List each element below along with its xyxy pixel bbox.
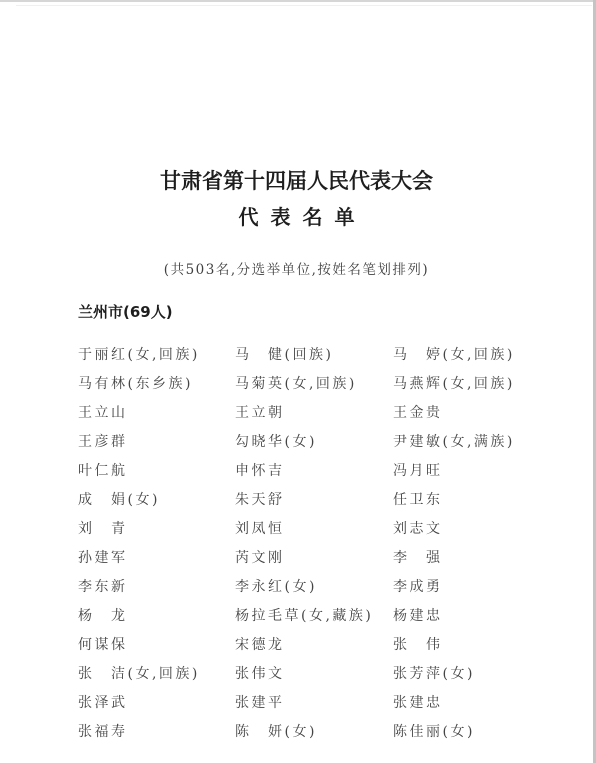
document-page: 甘肃省第十四届人民代表大会 代表名单 (共503名,分选举单位,按姓名笔划排列)…: [0, 0, 593, 763]
table-row: 于丽红(女,回族) 马 健(回族) 马 婷(女,回族): [78, 344, 558, 373]
page-title: 甘肃省第十四届人民代表大会: [0, 165, 593, 195]
delegate-name: 于丽红(女,回族): [78, 344, 200, 366]
delegate-name: 马 婷(女,回族): [393, 344, 515, 366]
delegate-name: 杨建忠: [393, 605, 443, 627]
delegate-name: 刘志文: [393, 518, 443, 540]
delegate-name: 李永红(女): [235, 576, 317, 598]
delegate-name: 王立山: [78, 402, 128, 424]
delegate-name: 张建平: [235, 692, 285, 714]
table-row: 孙建军 芮文刚 李 强: [78, 547, 558, 576]
delegate-name: 申怀吉: [235, 460, 285, 482]
delegate-name: 何谋保: [78, 634, 128, 656]
table-row: 王立山 王立朝 王金贵: [78, 402, 558, 431]
table-row: 刘 青 刘凤恒 刘志文: [78, 518, 558, 547]
delegate-name: 杨 龙: [78, 605, 128, 627]
delegate-name: 马 健(回族): [235, 344, 333, 366]
delegate-name: 王金贵: [393, 402, 443, 424]
delegate-name: 张 伟: [393, 634, 443, 656]
table-row: 张 洁(女,回族) 张伟文 张芳萍(女): [78, 663, 558, 692]
table-row: 成 娟(女) 朱天舒 任卫东: [78, 489, 558, 518]
delegate-name: 张建忠: [393, 692, 443, 714]
table-row: 张泽武 张建平 张建忠: [78, 692, 558, 721]
delegate-name: 张泽武: [78, 692, 128, 714]
table-row: 马有林(东乡族) 马菊英(女,回族) 马燕辉(女,回族): [78, 373, 558, 402]
delegate-name: 刘 青: [78, 518, 128, 540]
delegate-name: 马菊英(女,回族): [235, 373, 357, 395]
page-subtitle-heading: 代表名单: [0, 201, 593, 230]
delegate-name: 李 强: [393, 547, 443, 569]
delegate-name: 任卫东: [393, 489, 443, 511]
delegate-name: 李东新: [78, 576, 128, 598]
section-heading: 兰州市(69人): [78, 301, 173, 322]
delegate-name: 孙建军: [78, 547, 128, 569]
delegate-name: 尹建敏(女,满族): [393, 431, 515, 453]
delegate-name: 刘凤恒: [235, 518, 285, 540]
delegate-name: 成 娟(女): [78, 489, 160, 511]
table-row: 何谋保 宋德龙 张 伟: [78, 634, 558, 663]
delegate-name: 王彦群: [78, 431, 128, 453]
delegate-name: 芮文刚: [235, 547, 285, 569]
delegate-name: 陈 妍(女): [235, 721, 317, 743]
delegate-name: 冯月旺: [393, 460, 443, 482]
delegate-name: 张芳萍(女): [393, 663, 475, 685]
table-row: 杨 龙 杨拉毛草(女,藏族) 杨建忠: [78, 605, 558, 634]
table-row: 叶仁航 申怀吉 冯月旺: [78, 460, 558, 489]
delegate-name: 陈佳丽(女): [393, 721, 475, 743]
delegate-name-list: 于丽红(女,回族) 马 健(回族) 马 婷(女,回族) 马有林(东乡族) 马菊英…: [78, 344, 558, 750]
delegate-name: 张 洁(女,回族): [78, 663, 200, 685]
delegate-name: 张福寿: [78, 721, 128, 743]
delegate-name: 勾晓华(女): [235, 431, 317, 453]
delegate-name: 马有林(东乡族): [78, 373, 193, 395]
page-note: (共503名,分选举单位,按姓名笔划排列): [0, 258, 593, 278]
delegate-name: 马燕辉(女,回族): [393, 373, 515, 395]
table-row: 李东新 李永红(女) 李成勇: [78, 576, 558, 605]
table-row: 张福寿 陈 妍(女) 陈佳丽(女): [78, 721, 558, 750]
delegate-name: 杨拉毛草(女,藏族): [235, 605, 373, 627]
delegate-name: 叶仁航: [78, 460, 128, 482]
delegate-name: 张伟文: [235, 663, 285, 685]
delegate-name: 李成勇: [393, 576, 443, 598]
delegate-name: 宋德龙: [235, 634, 285, 656]
delegate-name: 王立朝: [235, 402, 285, 424]
delegate-name: 朱天舒: [235, 489, 285, 511]
table-row: 王彦群 勾晓华(女) 尹建敏(女,满族): [78, 431, 558, 460]
